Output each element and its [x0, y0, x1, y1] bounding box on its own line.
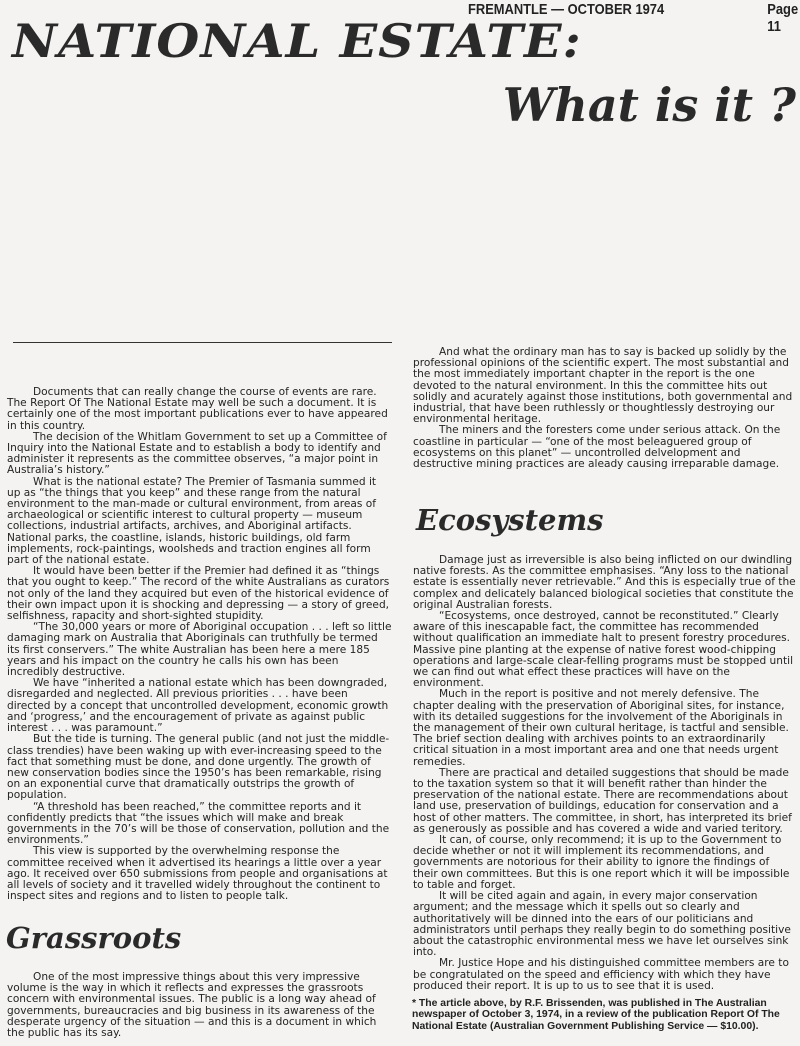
paragraph: “The 30,000 years or more of Aboriginal …	[7, 622, 392, 678]
left-column-body: Documents that can really change the cou…	[7, 387, 392, 902]
ecosystems-body: Damage just as irreversible is also bein…	[413, 555, 796, 992]
source-footnote: * The article above, by R.F. Brissenden,…	[412, 998, 798, 1032]
paragraph: Documents that can really change the cou…	[7, 387, 392, 432]
paragraph: “Ecosystems, once destroyed, cannot be r…	[413, 611, 796, 689]
subheading-grassroots: Grassroots	[6, 921, 181, 955]
page-number: Page 11	[767, 1, 798, 35]
paragraph: It would have been better if the Premier…	[7, 566, 392, 622]
paragraph: Damage just as irreversible is also bein…	[413, 555, 796, 611]
paragraph: One of the most impressive things about …	[7, 972, 392, 1039]
paragraph: Much in the report is positive and not m…	[413, 689, 796, 767]
paragraph: What is the national estate? The Premier…	[7, 477, 392, 567]
headline-line-2: What is it ?	[503, 78, 796, 132]
paragraph: The decision of the Whitlam Government t…	[7, 432, 392, 477]
paragraph: The miners and the foresters come under …	[413, 425, 796, 470]
subheading-ecosystems: Ecosystems	[416, 503, 603, 537]
paragraph: “A threshold has been reached,” the comm…	[7, 802, 392, 847]
paragraph: But the tide is turning. The general pub…	[7, 734, 392, 801]
headline-line-1: NATIONAL ESTATE:	[12, 14, 582, 68]
divider-rule	[13, 342, 392, 343]
grassroots-body: One of the most impressive things about …	[7, 972, 392, 1039]
right-column-body: And what the ordinary man has to say is …	[413, 347, 796, 470]
paragraph: This view is supported by the overwhelmi…	[7, 846, 392, 902]
paragraph: We have “inherited a national estate whi…	[7, 678, 392, 734]
paragraph: There are practical and detailed suggest…	[413, 768, 796, 835]
paragraph: Mr. Justice Hope and his distinguished c…	[413, 958, 796, 992]
paragraph: And what the ordinary man has to say is …	[413, 347, 796, 425]
paragraph: It can, of course, only recommend; it is…	[413, 835, 796, 891]
paragraph: It will be cited again and again, in eve…	[413, 891, 796, 958]
